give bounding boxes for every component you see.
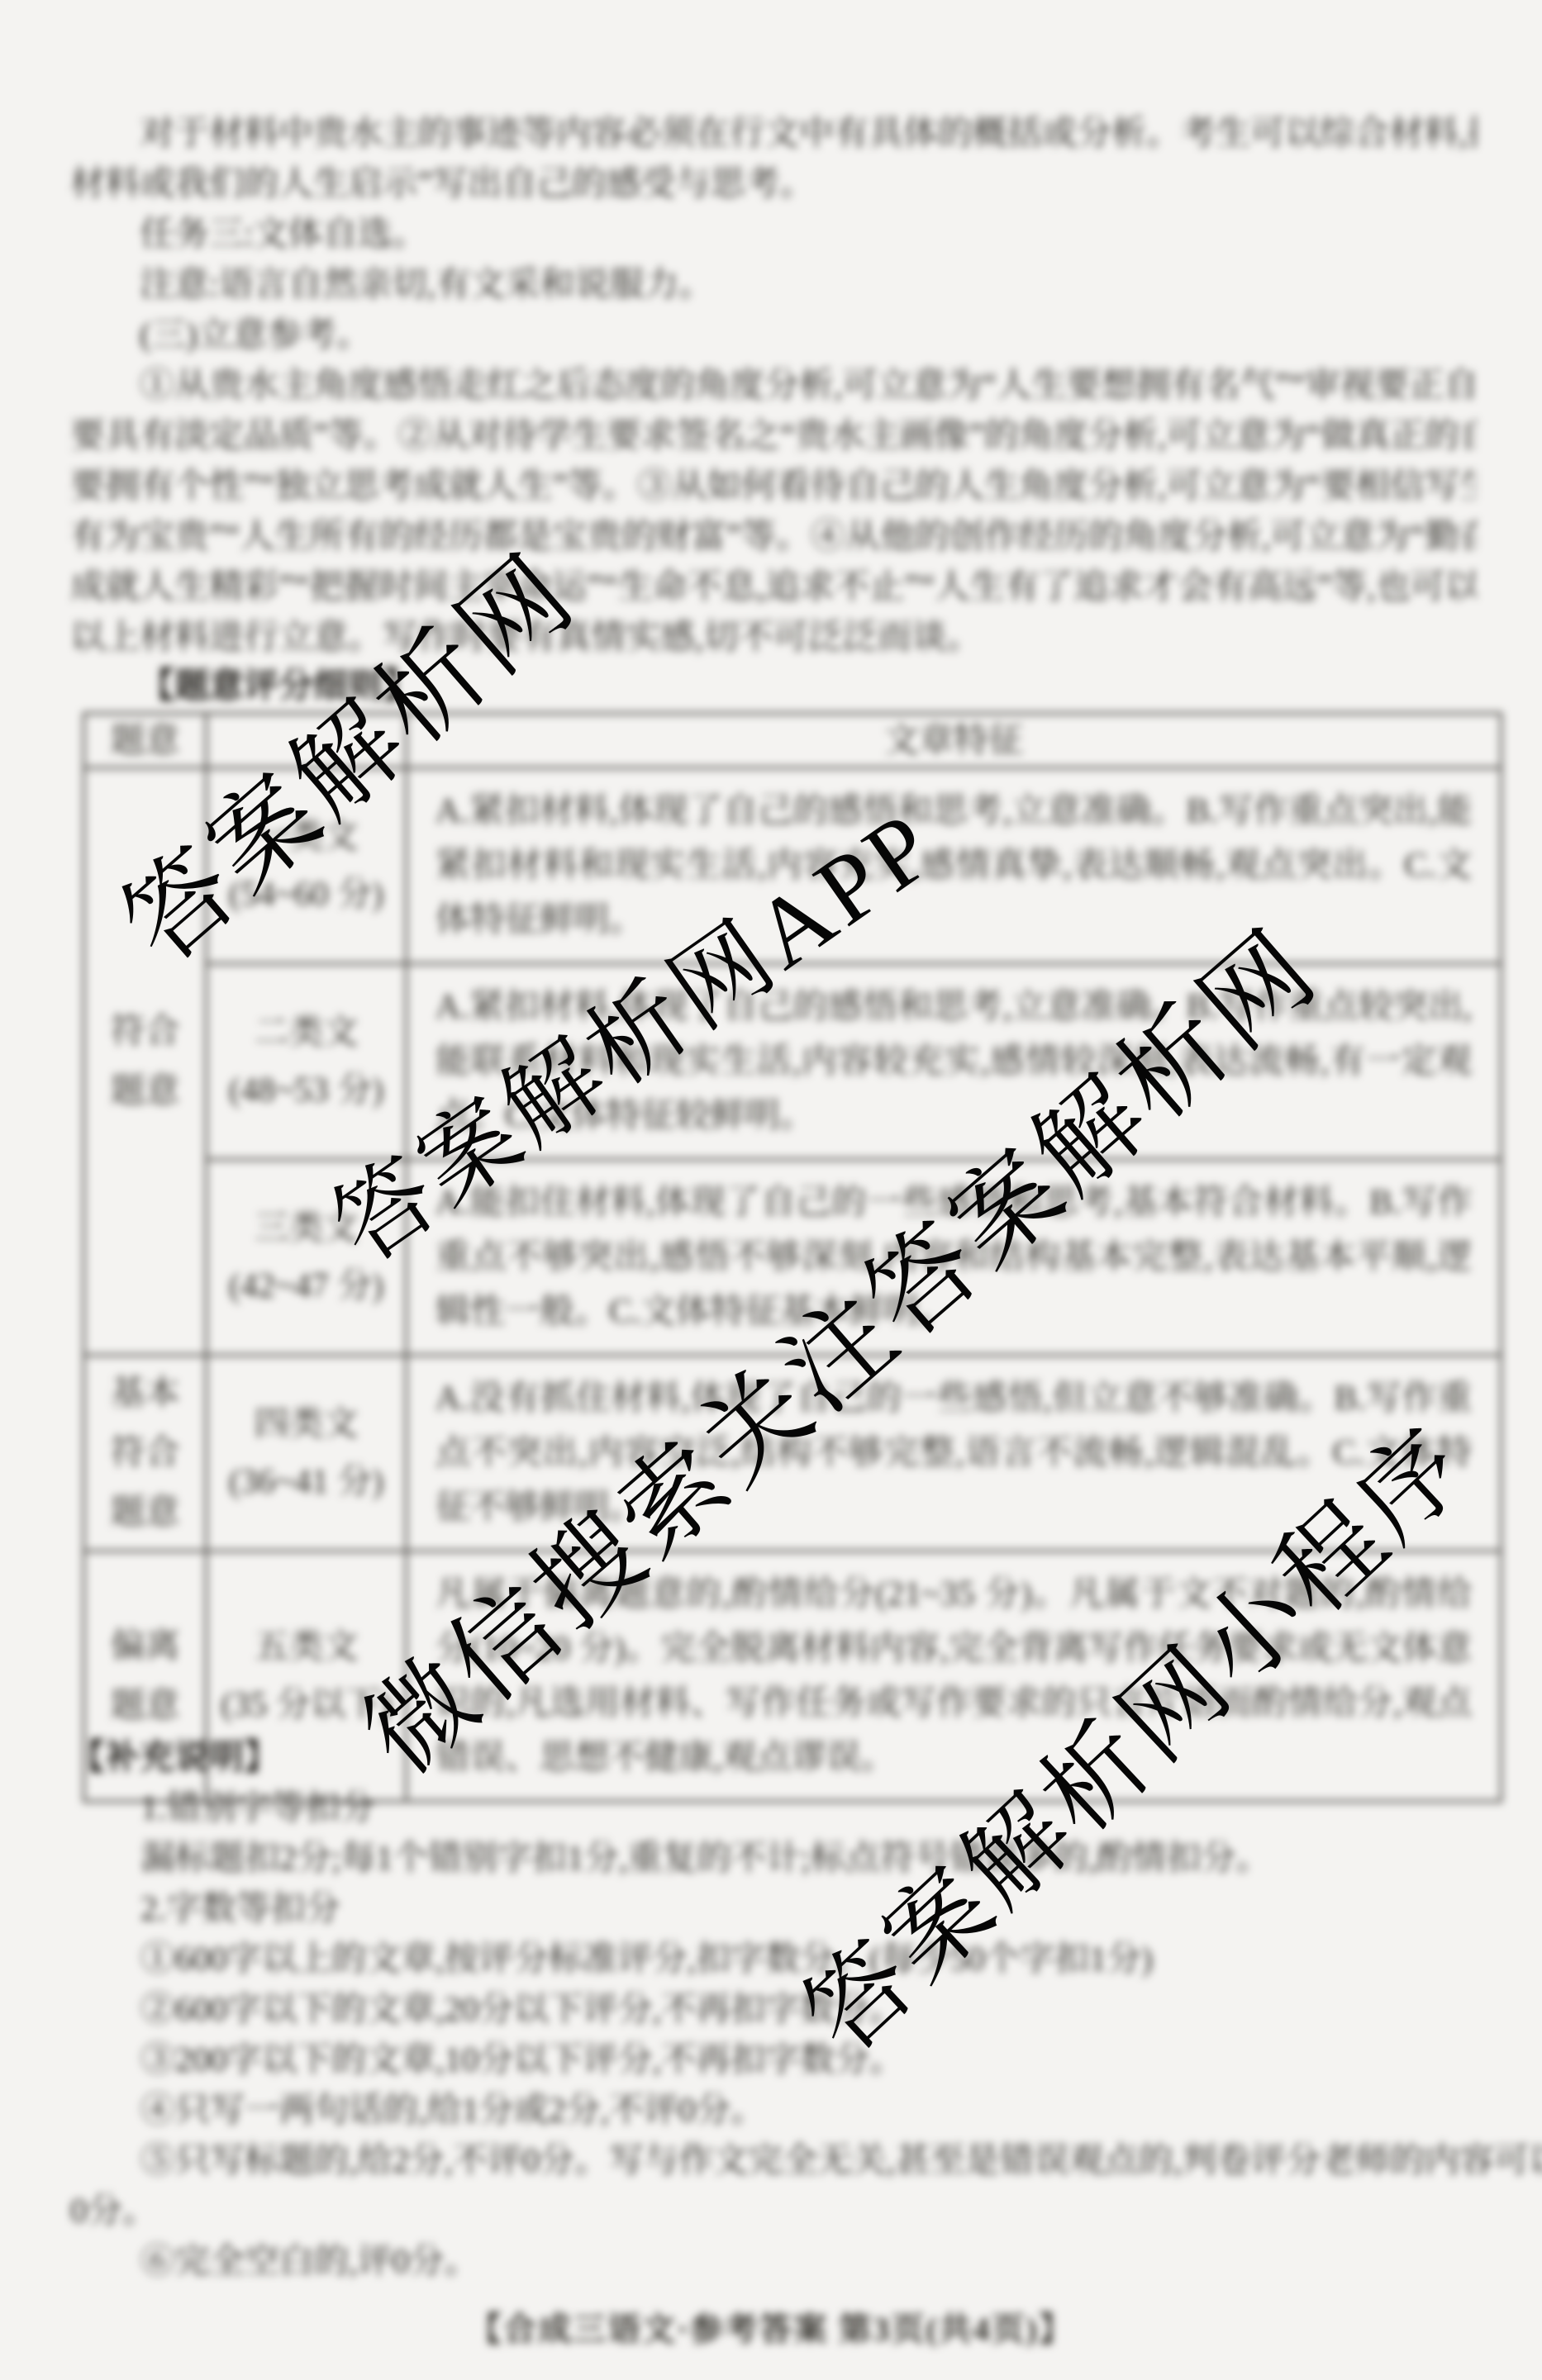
rubric-table: 题意 文章特征 符合 题意 一类文 (54~60 分) A.紧扣材料,体现了自己…	[83, 712, 1502, 1803]
group-label: 基本	[86, 1364, 204, 1423]
notes-heading: 【补充说明】	[70, 1733, 278, 1784]
header-cell-features: 文章特征	[407, 714, 1502, 768]
notes-line: ④只写一两句话的,给1分或2分,不评0分。	[140, 2086, 765, 2136]
body-text-line: 材料或我们的人生启示”写出自己的感受与思考。	[70, 159, 1476, 210]
notes-line: ③200字以下的文章,10分以下评分,不再扣字数分。	[140, 2036, 904, 2086]
notes-line: 1.错别字等扣分	[140, 1784, 375, 1834]
description-cell: A.能扣住材料,体现了自己的一些感悟和思考,基本符合材料。B.写作重点不够突出,…	[407, 1160, 1502, 1356]
grade-label: 二类文	[208, 1004, 404, 1062]
body-text-line: 任务三:文体自选。	[70, 210, 1476, 260]
header-cell-topic: 题意	[84, 714, 207, 768]
body-text-line: 注意:语言自然亲切,有文采和说服力。	[70, 260, 1476, 311]
notes-line: 漏标题扣2分;每1个错别字扣1分,重复的不计;标点符号错误多的,酌情扣分。	[140, 1834, 1270, 1884]
table-row: 偏离 题意 五类文 (35 分以下) 凡属于偏离题意的,酌情给分(21~35 分…	[84, 1551, 1502, 1802]
description-cell: 凡属于偏离题意的,酌情给分(21~35 分)。凡属于文不对题的,酌情给分(10~…	[407, 1551, 1502, 1802]
group-cell-on-topic: 符合 题意	[84, 768, 207, 1356]
notes-line: 0分。	[70, 2187, 157, 2237]
grade-cell: 三类文 (42~47 分)	[207, 1160, 407, 1356]
body-text-line: 有为宝贵”“人生所有的经历都是宝贵的财富”等。④从他的创作经历的角度分析,可立意…	[70, 512, 1476, 563]
body-text-line: 以上材料进行立意。写作时要有真情实感,切不可泛泛而谈。	[70, 613, 1476, 663]
score-range: (48~53 分)	[208, 1062, 404, 1119]
table-row: 符合 题意 一类文 (54~60 分) A.紧扣材料,体现了自己的感悟和思考,立…	[84, 768, 1502, 964]
rubric-section-heading: 【题意评分细则】	[70, 662, 1476, 712]
grade-cell: 一类文 (54~60 分)	[207, 768, 407, 964]
grade-label: 三类文	[208, 1200, 404, 1257]
scanned-document-layer: 对于材料中贵水主的事迹等内容必须在行文中有具体的概括或分析。考生可以综合材料,抓…	[0, 0, 1542, 2380]
body-text-line: 要具有淡定品质”等。②从对待学生要求签名之“贵水主画像”的角度分析,可立意为“做…	[70, 411, 1476, 462]
notes-line: ⑤只写标题的,给2分,不评0分。写与作文完全无关,甚至是错误观点的,判卷评分老师…	[140, 2136, 1542, 2187]
group-label: 题意	[86, 1676, 204, 1736]
description-cell: A.没有抓住材料,体现了自己的一些感悟,但立意不够准确。B.写作重点不突出,内容…	[407, 1356, 1502, 1551]
table-row: 三类文 (42~47 分) A.能扣住材料,体现了自己的一些感悟和思考,基本符合…	[84, 1160, 1502, 1356]
score-range: (36~41 分)	[208, 1453, 404, 1511]
group-label: 题意	[86, 1062, 204, 1121]
group-label: 偏离	[86, 1617, 204, 1676]
notes-line: 2.字数等扣分	[140, 1884, 340, 1935]
group-label: 符合	[86, 1423, 204, 1483]
description-cell: A.紧扣材料,体现了自己的感悟和思考,立意准确。B.写作重点突出,能紧扣材料和现…	[407, 768, 1502, 964]
document-page: 对于材料中贵水主的事迹等内容必须在行文中有具体的概括或分析。考生可以综合材料,抓…	[0, 0, 1542, 2380]
body-text-line: 成就人生精彩”“把握时间主宰命运”“生命不息,追求不止”“人生有了追求才会有高远…	[70, 563, 1476, 613]
grade-cell: 二类文 (48~53 分)	[207, 964, 407, 1160]
notes-line: ②600字以下的文章,20分以下评分,不再扣字数分。	[140, 1985, 904, 2036]
body-text-line: 要拥有个性”“独立思考成就人生”等。③从如何看待自己的人生角度分析,可立意为“要…	[70, 462, 1476, 512]
grade-label: 四类文	[208, 1395, 404, 1453]
score-range: (54~60 分)	[208, 866, 404, 924]
notes-line: ⑥完全空白的,评0分。	[140, 2237, 479, 2287]
grade-label: 五类文	[208, 1618, 404, 1676]
table-row: 二类文 (48~53 分) A.紧扣材料,体现了自己的感悟和思考,立意准确。B.…	[84, 964, 1502, 1160]
group-cell-basically-on-topic: 基本 符合 题意	[84, 1356, 207, 1551]
table-header-row: 题意 文章特征	[84, 714, 1502, 768]
score-range: (35 分以下)	[208, 1676, 404, 1734]
grade-cell: 四类文 (36~41 分)	[207, 1356, 407, 1551]
group-label: 题意	[86, 1483, 204, 1542]
grade-label: 一类文	[208, 808, 404, 866]
body-text-line: (三)立意参考。	[70, 311, 1476, 361]
description-cell: A.紧扣材料,体现了自己的感悟和思考,立意准确。B.写作重点较突出,能联系材料和…	[407, 964, 1502, 1160]
body-text-line: 对于材料中贵水主的事迹等内容必须在行文中有具体的概括或分析。考生可以综合材料,抓…	[70, 109, 1476, 159]
table-row: 基本 符合 题意 四类文 (36~41 分) A.没有抓住材料,体现了自己的一些…	[84, 1356, 1502, 1551]
body-text-line: ①从贵水主角度感悟走红之后态度的角度分析,可立意为“人生要想拥有名气”“审视要正…	[70, 361, 1476, 411]
page-footer: 【合成三语文·参考答案 第3页(共4页)】	[0, 2303, 1542, 2350]
group-label: 符合	[86, 1002, 204, 1062]
score-range: (42~47 分)	[208, 1257, 404, 1315]
header-cell-blank	[207, 714, 407, 768]
notes-line: ①600字以上的文章,按评分标准评分,扣字数分。(每少50个字扣1分)	[140, 1935, 1153, 1985]
